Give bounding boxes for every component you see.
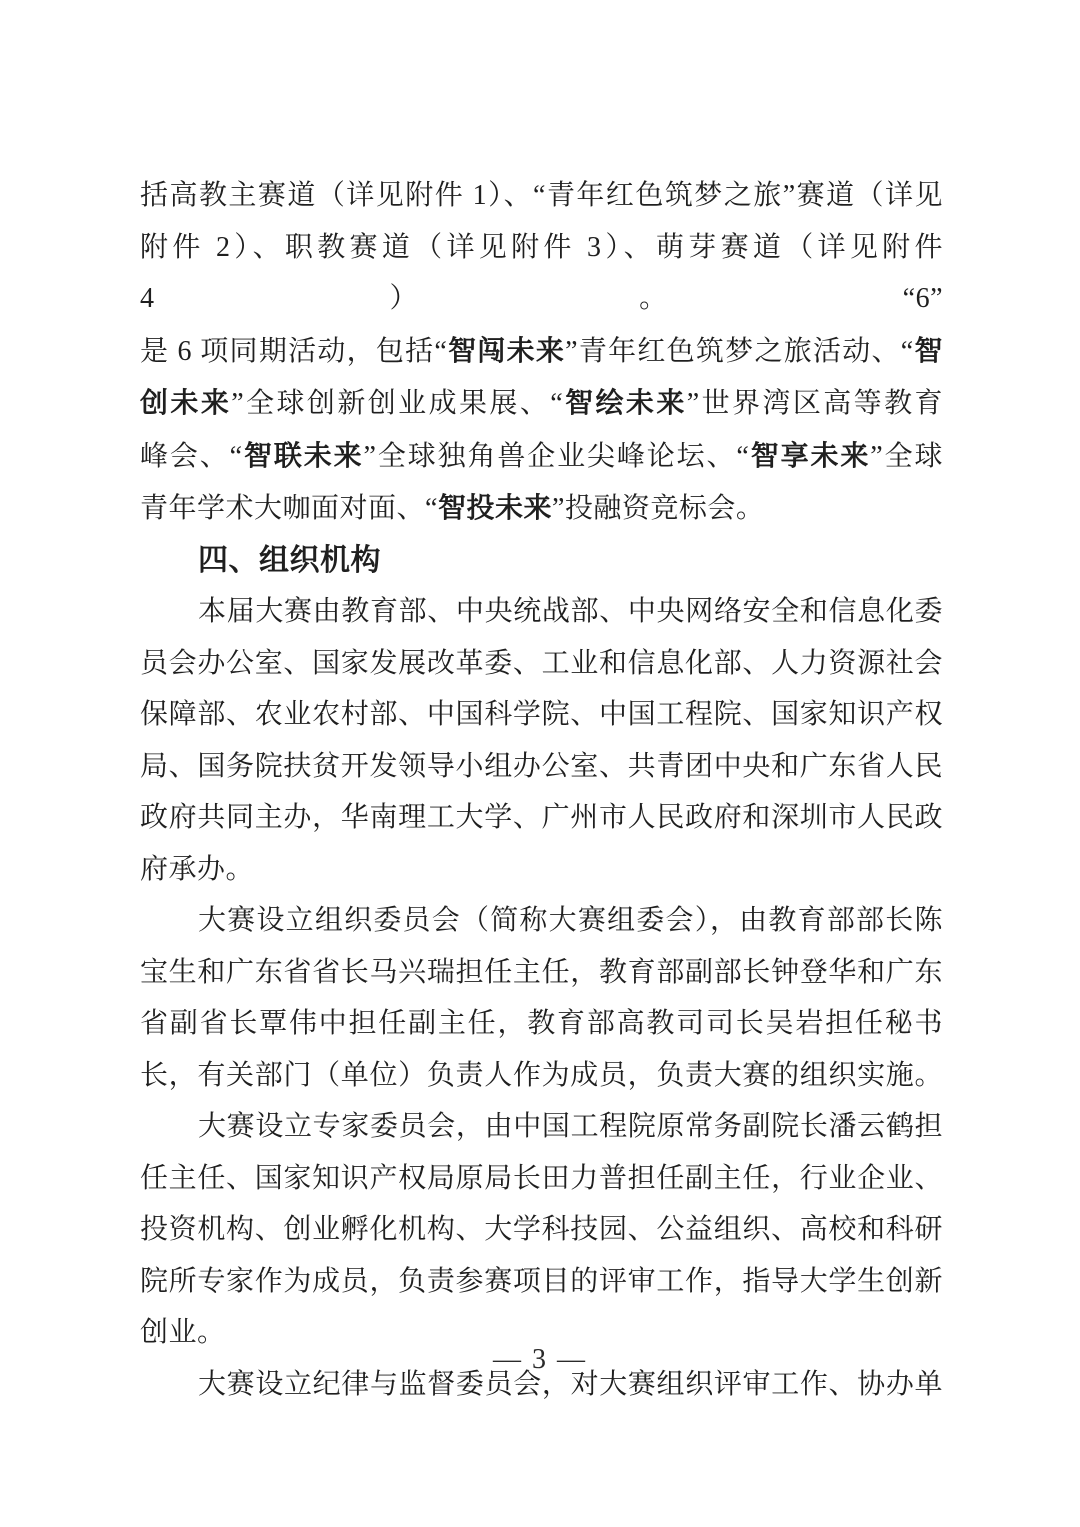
bold-text-run: 智享未来	[749, 440, 870, 471]
text-line: 括高教主赛道（详见附件 1）、“青年红色筑梦之旅”赛道（详见	[140, 170, 943, 222]
text-run: 投资机构、创业孵化机构、大学科技园、公益组织、高校和科研	[140, 1214, 943, 1245]
text-line: 是 6 项同期活动，包括“智闯未来”青年红色筑梦之旅活动、“智	[140, 325, 943, 378]
text-line: 创未来”全球创新创业成果展、“智绘未来”世界湾区高等教育	[140, 377, 943, 430]
text-line: 附件 2）、职教赛道（详见附件 3）、萌芽赛道（详见附件 4）。“6”	[140, 222, 943, 325]
bold-text-run: 智投未来	[438, 492, 552, 523]
text-line: 峰会、“智联未来”全球独角兽企业尖峰论坛、“智享未来”全球	[140, 430, 943, 483]
text-run: 政府共同主办，华南理工大学、广州市人民政府和深圳市人民政	[140, 802, 943, 833]
text-line: 省副省长覃伟中担任副主任，教育部高教司司长吴岩担任秘书	[140, 998, 943, 1050]
text-run: 附件 2）、职教赛道（详见附件 3）、萌芽赛道（详见附件 4）。“6”	[140, 232, 943, 315]
text-run: 峰会、“	[140, 441, 243, 472]
document-lines: 括高教主赛道（详见附件 1）、“青年红色筑梦之旅”赛道（详见附件 2）、职教赛道…	[140, 170, 943, 1410]
text-run: 大赛设立专家委员会，由中国工程院原常务副院长潘云鹤担	[198, 1111, 943, 1142]
text-run: 是 6 项同期活动，包括“	[140, 336, 447, 367]
page-number: — 3 —	[0, 1340, 1080, 1380]
text-run: ”青年红色筑梦之旅活动、“	[565, 336, 914, 367]
text-run: ”全球	[870, 441, 943, 472]
text-line: 局、国务院扶贫开发领导小组办公室、共青团中央和广东省人民	[140, 741, 943, 793]
bold-text-run: 创未来	[140, 387, 231, 418]
text-line: 投资机构、创业孵化机构、大学科技园、公益组织、高校和科研	[140, 1204, 943, 1256]
bold-text-run: 智闯未来	[447, 335, 565, 366]
section-heading: 四、组织机构	[140, 535, 943, 587]
text-line: 府承办。	[140, 844, 943, 896]
text-run: ”世界湾区高等教育	[687, 388, 943, 419]
text-run: ”全球创新创业成果展、“	[231, 388, 563, 419]
text-run: 员会办公室、国家发展改革委、工业和信息化部、人力资源社会	[140, 648, 943, 679]
text-line: 政府共同主办，华南理工大学、广州市人民政府和深圳市人民政	[140, 792, 943, 844]
text-line: 宝生和广东省省长马兴瑞担任主任，教育部副部长钟登华和广东	[140, 947, 943, 999]
bold-text-run: 四、组织机构	[198, 544, 381, 577]
text-line: 大赛设立专家委员会，由中国工程院原常务副院长潘云鹤担	[140, 1101, 943, 1153]
text-line: 员会办公室、国家发展改革委、工业和信息化部、人力资源社会	[140, 638, 943, 690]
text-run: 局、国务院扶贫开发领导小组办公室、共青团中央和广东省人民	[140, 751, 943, 782]
bold-text-run: 智	[914, 335, 943, 366]
text-run: 宝生和广东省省长马兴瑞担任主任，教育部副部长钟登华和广东	[140, 957, 943, 988]
text-run: 大赛设立组织委员会（简称大赛组委会），由教育部部长陈	[198, 905, 943, 936]
text-run: 括高教主赛道（详见附件 1）、“青年红色筑梦之旅”赛道（详见	[140, 180, 943, 211]
text-line: 大赛设立组织委员会（简称大赛组委会），由教育部部长陈	[140, 895, 943, 947]
text-run: 任主任、国家知识产权局原局长田力普担任副主任，行业企业、	[140, 1163, 943, 1194]
bold-text-run: 智绘未来	[563, 387, 687, 418]
text-run: 长，有关部门（单位）负责人作为成员，负责大赛的组织实施。	[140, 1060, 943, 1091]
text-line: 保障部、农业农村部、中国科学院、中国工程院、国家知识产权	[140, 689, 943, 741]
text-line: 本届大赛由教育部、中央统战部、中央网络安全和信息化委	[140, 586, 943, 638]
text-line: 任主任、国家知识产权局原局长田力普担任副主任，行业企业、	[140, 1153, 943, 1205]
text-line: 院所专家作为成员，负责参赛项目的评审工作，指导大学生创新	[140, 1256, 943, 1308]
document-page: 括高教主赛道（详见附件 1）、“青年红色筑梦之旅”赛道（详见附件 2）、职教赛道…	[0, 0, 1080, 1527]
text-run: ”全球独角兽企业尖峰论坛、“	[364, 441, 750, 472]
text-run: 青年学术大咖面对面、“	[140, 493, 438, 524]
text-run: 本届大赛由教育部、中央统战部、中央网络安全和信息化委	[198, 596, 943, 627]
text-run: ”投融资竞标会。	[552, 493, 764, 524]
text-run: 保障部、农业农村部、中国科学院、中国工程院、国家知识产权	[140, 699, 943, 730]
text-run: 院所专家作为成员，负责参赛项目的评审工作，指导大学生创新	[140, 1266, 943, 1297]
text-line: 长，有关部门（单位）负责人作为成员，负责大赛的组织实施。	[140, 1050, 943, 1102]
text-line: 青年学术大咖面对面、“智投未来”投融资竞标会。	[140, 482, 943, 535]
text-run: 府承办。	[140, 854, 254, 885]
text-run: 省副省长覃伟中担任副主任，教育部高教司司长吴岩担任秘书	[140, 1008, 943, 1039]
bold-text-run: 智联未来	[243, 440, 364, 471]
